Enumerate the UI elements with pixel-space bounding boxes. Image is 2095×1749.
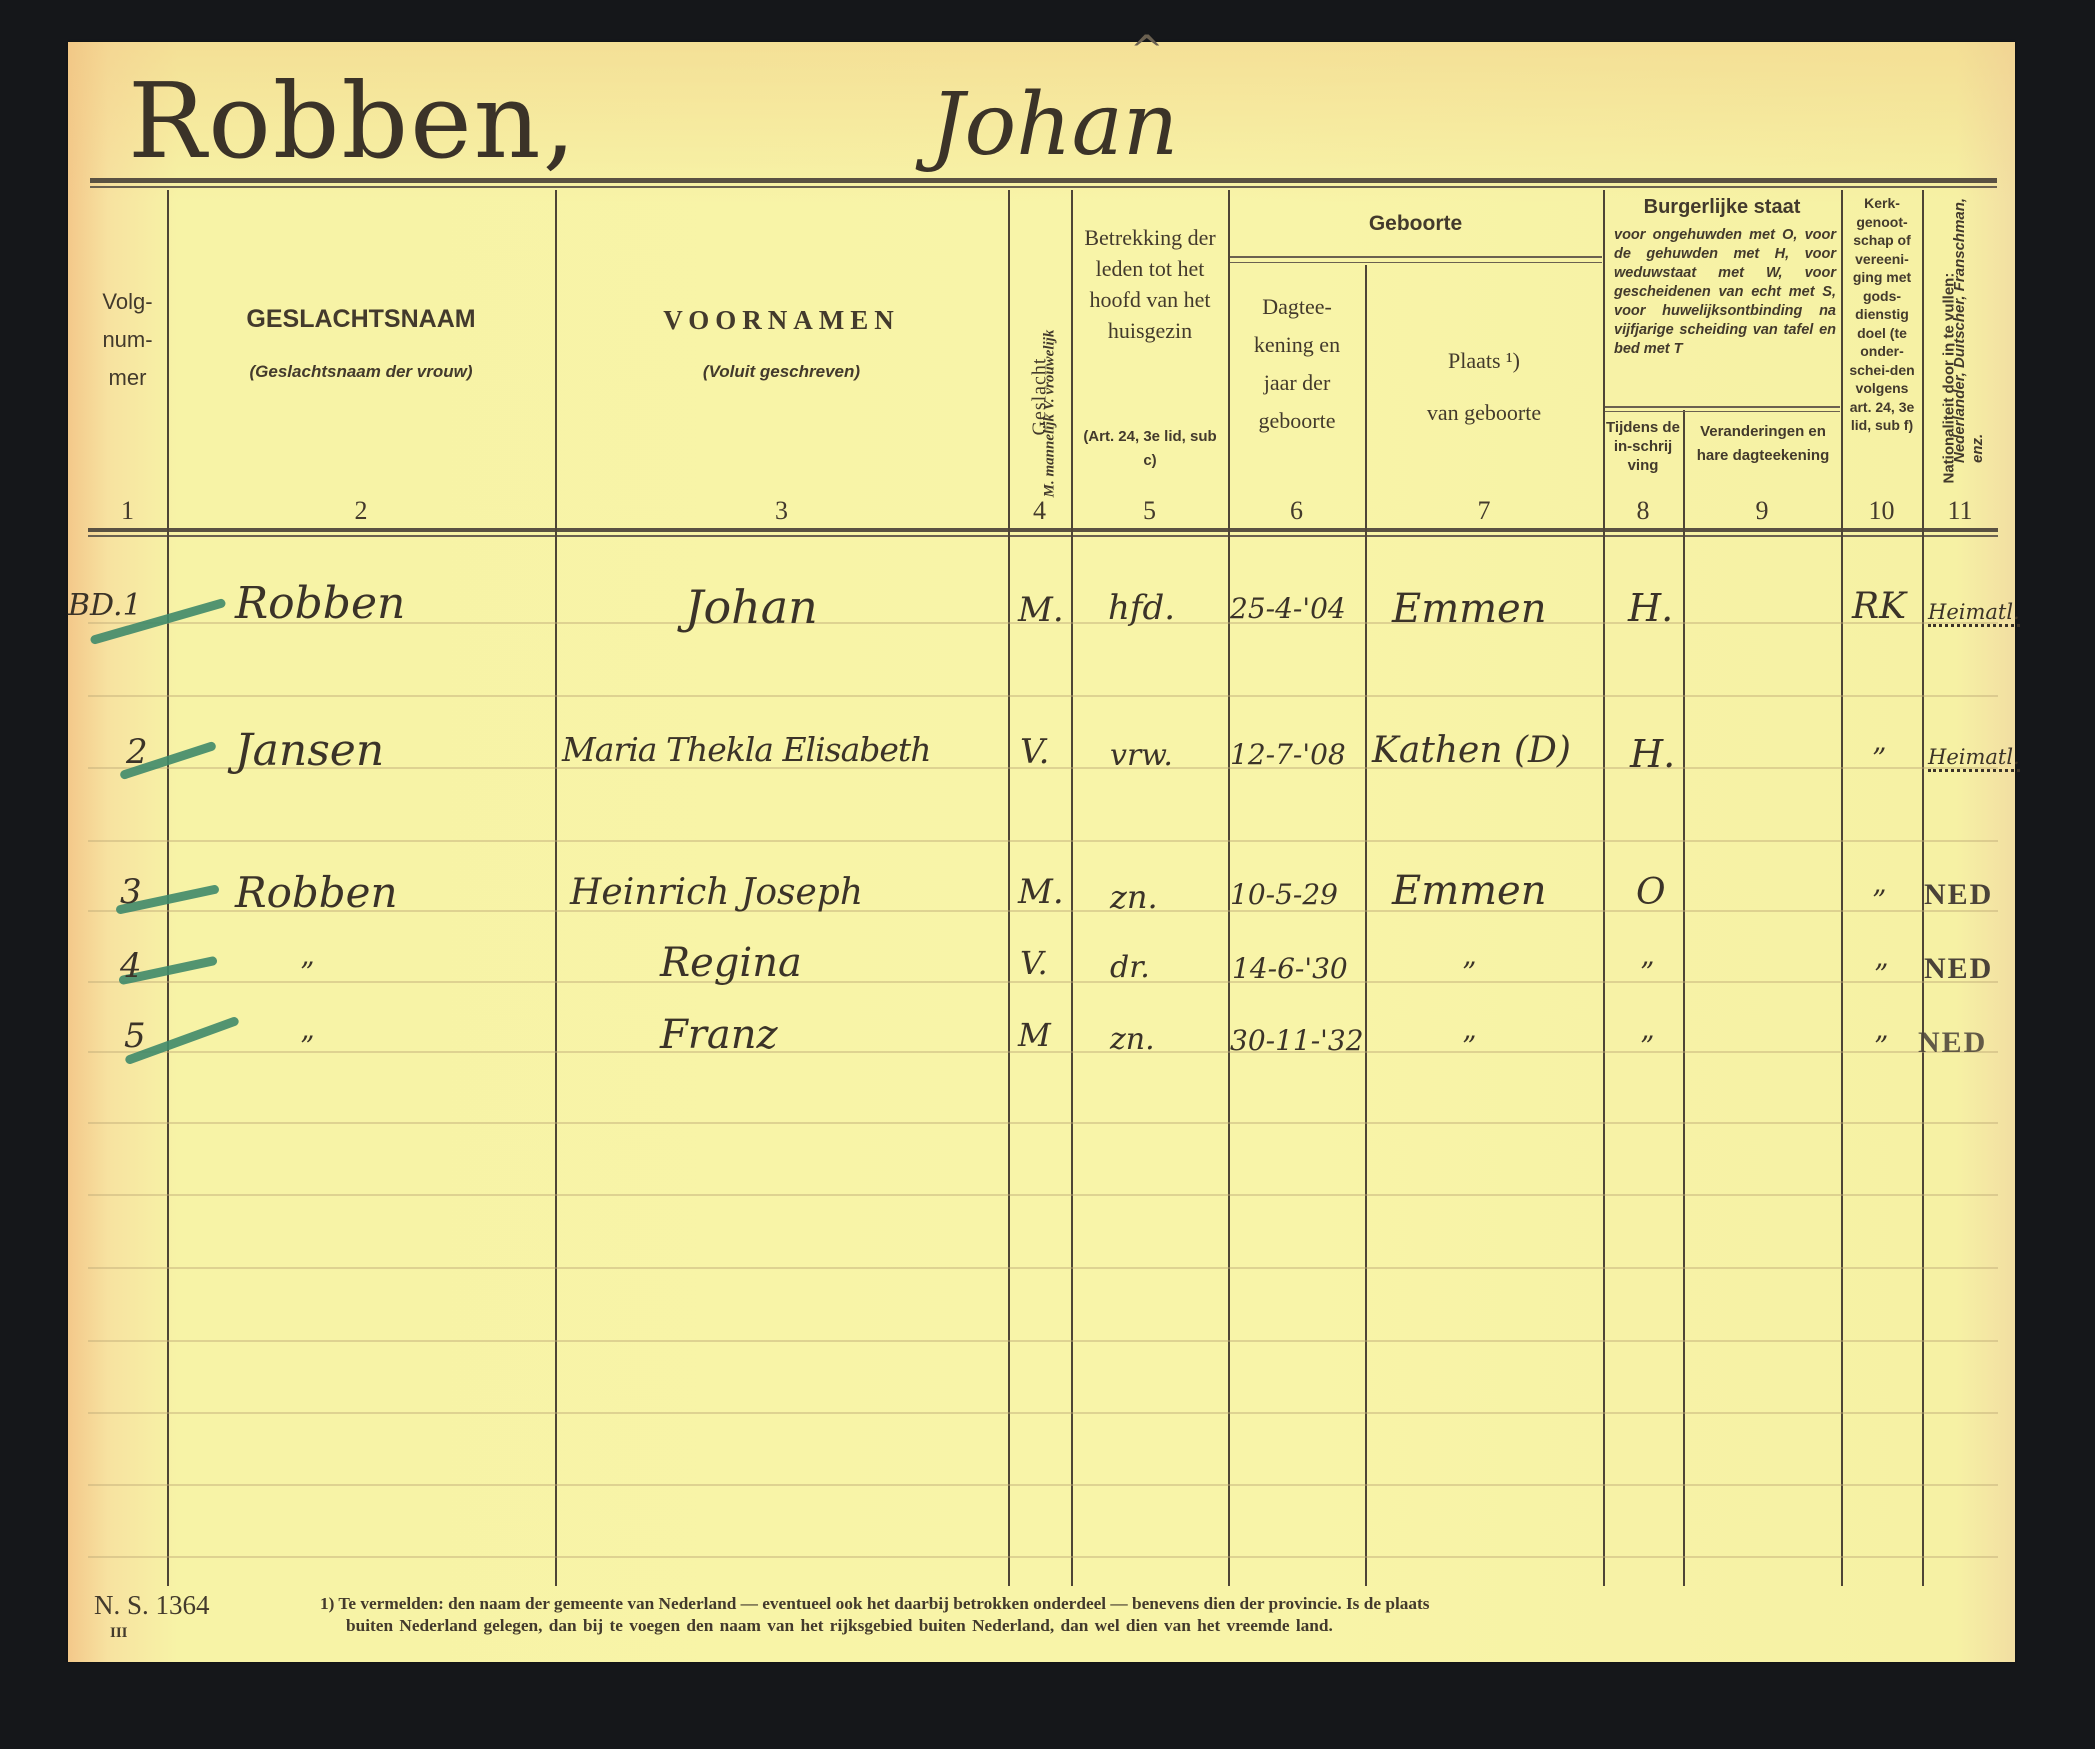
header-geslachtsnaam: GESLACHTSNAAM [167, 305, 555, 334]
row-5-sex: M [1018, 1016, 1051, 1054]
row-4-sex: V. [1020, 944, 1048, 982]
ruled-line [88, 1412, 1998, 1414]
form-sub: III [110, 1625, 128, 1642]
col-divider [555, 190, 557, 1586]
stray-pencil-mark: ^ [1130, 28, 1164, 74]
col-number: 9 [1683, 496, 1841, 526]
col-number: 11 [1922, 496, 1998, 526]
row-4-status: ” [1640, 956, 1654, 989]
row-3-birth-place: Emmen [1392, 868, 1547, 914]
row-4-relation: dr. [1110, 950, 1150, 985]
row-1-sex: M. [1018, 590, 1064, 630]
row-3-nationality-stamp: NED [1924, 878, 1993, 912]
row-2-birth-place: Kathen (D) [1372, 730, 1571, 771]
row-3-nr: 3 [120, 872, 142, 912]
col-number: 1 [88, 496, 167, 526]
row-4-surname: ” [300, 956, 314, 989]
header-voornamen: VOORNAMEN [555, 305, 1008, 336]
ruled-line [88, 840, 1998, 842]
col-number: 2 [167, 496, 555, 526]
row-4-given: Regina [660, 940, 802, 986]
row-1-nationality: Heimatl. [1928, 600, 2020, 627]
row-2-nr: 2 [126, 732, 148, 772]
row-3-surname: Robben [235, 868, 398, 917]
card-surname: Robben, [128, 60, 578, 182]
geboorte-rule [1230, 256, 1602, 258]
col-divider [1071, 190, 1073, 1586]
row-5-given: Franz [660, 1012, 778, 1058]
col-number: 8 [1603, 496, 1683, 526]
header-nationaliteit-sub: Nederlander, Duitscher, Franschman, enz. [1951, 173, 1987, 463]
col-divider [1683, 410, 1685, 1586]
header-voornamen-sub: (Voluit geschreven) [555, 362, 1008, 382]
row-4-nr: 4 [120, 946, 142, 986]
row-1-given: Johan [685, 580, 818, 634]
row-1-surname: Robben [235, 578, 405, 629]
row-5-birth-date: 30-11-'32 [1230, 1024, 1364, 1057]
row-2-sex: V. [1020, 732, 1049, 772]
col-divider [1603, 190, 1605, 1586]
row-5-status: ” [1640, 1030, 1654, 1063]
ruled-line [88, 1267, 1998, 1269]
header-burgerlijke-staat: Burgerlijke staat [1603, 196, 1841, 219]
row-2-religion: ” [1872, 742, 1886, 775]
row-1-birth-place: Emmen [1392, 586, 1547, 632]
col-divider [1365, 265, 1367, 1586]
col-number: 7 [1365, 496, 1603, 526]
col-number: 5 [1071, 496, 1228, 526]
row-3-relation: zn. [1110, 878, 1158, 916]
row-5-birth-place: ” [1462, 1030, 1476, 1063]
header-nationaliteit: Nationaliteit door in te vullen: Nederla… [1924, 200, 1998, 490]
header-geslachtsnaam-sub: (Geslachtsnaam der vrouw) [167, 362, 555, 382]
header-dagteekening: Dagtee-kening en jaar der geboorte [1236, 288, 1358, 440]
top-rule-thin [90, 186, 1997, 188]
row-2-surname: Jansen [235, 725, 384, 776]
ruled-line [88, 1484, 1998, 1486]
geboorte-rule-2 [1230, 262, 1602, 263]
row-3-given: Heinrich Joseph [570, 872, 863, 913]
footnote-line-2: buiten Nederland gelegen, dan bij te voe… [346, 1616, 1333, 1636]
row-1-relation: hfd. [1108, 588, 1175, 628]
row-2-birth-date: 12-7-'08 [1230, 738, 1346, 771]
row-5-nr: 5 [124, 1016, 146, 1056]
header-kerkgenootschap: Kerk-genoot-schap of vereeni-ging met go… [1843, 194, 1921, 435]
col-number: 4 [1008, 496, 1071, 526]
ruled-line [88, 1340, 1998, 1342]
header-volgnummer: Volg- num- mer [88, 283, 167, 397]
header-geboorte: Geboorte [1228, 212, 1603, 236]
burgerlijk-rule [1605, 406, 1840, 408]
row-2-status: H. [1630, 732, 1675, 776]
row-5-relation: zn. [1110, 1022, 1155, 1057]
col-number: 10 [1841, 496, 1922, 526]
row-3-religion: ” [1872, 884, 1886, 917]
row-5-surname: ” [300, 1030, 314, 1063]
row-1-birth-date: 25-4-'04 [1230, 592, 1346, 625]
header-betrekking-sub: (Art. 24, 3e lid, sub c) [1076, 425, 1224, 473]
row-2-relation: vrw. [1110, 738, 1173, 773]
header-burgerlijke-staat-sub: voor ongehuwden met O, voor de gehuwden … [1614, 226, 1836, 359]
row-4-birth-place: ” [1462, 956, 1476, 989]
header-plaats-sub: van geboorte [1365, 400, 1603, 426]
footnote-line-1: 1) Te vermelden: den naam der gemeente v… [320, 1594, 1430, 1614]
top-rule [90, 178, 1997, 183]
row-1-nr: BD.1 [68, 588, 142, 623]
row-4-birth-date: 14-6-'30 [1232, 952, 1348, 985]
row-1-religion: RK [1852, 586, 1906, 627]
burgerlijk-rule-2 [1605, 411, 1840, 412]
row-4-religion: ” [1874, 958, 1888, 991]
col-number: 3 [555, 496, 1008, 526]
ruled-line [88, 695, 1998, 697]
card-given-name: Johan [930, 75, 1178, 175]
row-3-birth-date: 10-5-29 [1230, 878, 1338, 911]
row-3-status: O [1636, 872, 1666, 913]
row-4-nationality-stamp: NED [1924, 952, 1993, 986]
row-5-religion: ” [1874, 1030, 1888, 1063]
header-betrekking: Betrekking der leden tot het hoofd van h… [1076, 222, 1224, 346]
col-divider [167, 190, 169, 1586]
row-3-sex: M. [1018, 872, 1064, 912]
header-veranderingen: Veranderingen en hare dagteekening [1688, 420, 1838, 468]
row-5-nationality-stamp: NED [1918, 1026, 1987, 1060]
header-plaats: Plaats ¹) [1365, 348, 1603, 374]
col-number: 6 [1228, 496, 1365, 526]
ruled-line [88, 1122, 1998, 1124]
row-2-nationality: Heimatl. [1928, 745, 2020, 772]
row-1-status: H. [1628, 586, 1673, 630]
form-id: N. S. 1364 [94, 1590, 210, 1621]
ruled-line [88, 1556, 1998, 1558]
header-geslacht: Geslacht M. mannelijk V. vrouwelijk [1010, 200, 1070, 490]
row-2-given: Maria Thekla Elisabeth [562, 730, 930, 769]
ruled-line [88, 1194, 1998, 1196]
header-tijdens-inschrijving: Tijdens de in-schrij ving [1605, 418, 1681, 475]
